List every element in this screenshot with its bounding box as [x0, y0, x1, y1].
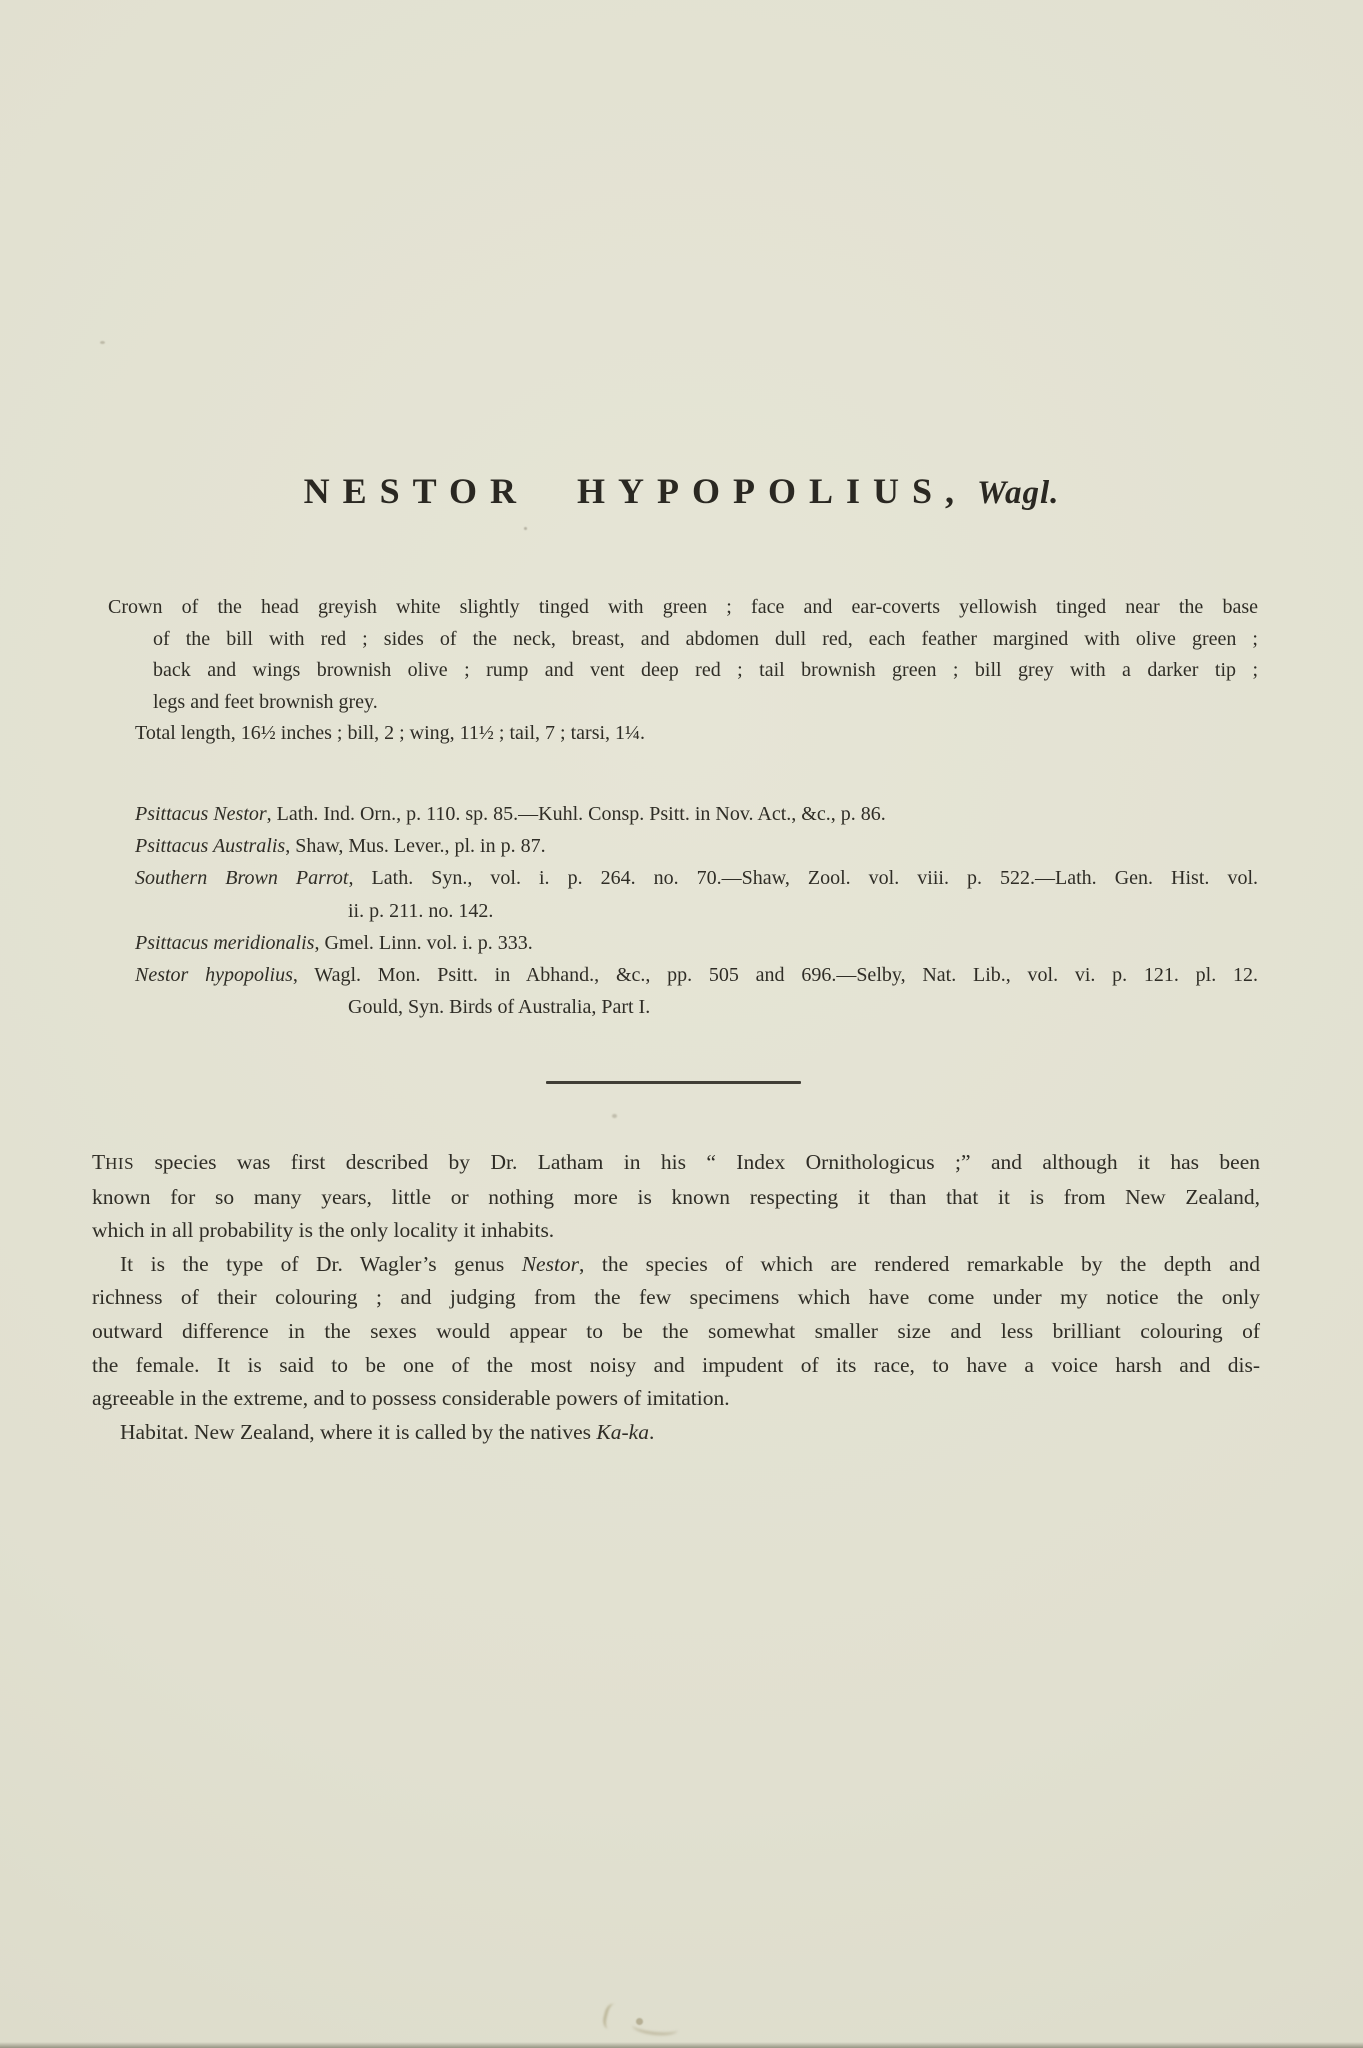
page-stain	[524, 527, 527, 530]
body-line: It is the type of Dr. Wagler’s genus Nes…	[92, 1248, 1260, 1282]
body-text-section: THIS species was first described by Dr. …	[92, 1146, 1260, 1449]
page-bottom-edge-shadow	[0, 2042, 1363, 2048]
page-title: NESTOR HYPOPOLIUS,Wagl.	[0, 470, 1363, 512]
synonymy-entry: Psittacus Australis, Shaw, Mus. Lever., …	[135, 830, 1258, 862]
body-line: outward difference in the sexes would ap…	[92, 1315, 1260, 1349]
diagnosis-line: of the bill with red ; sides of the neck…	[108, 624, 1258, 656]
synonymy-entry: Psittacus Nestor, Lath. Ind. Orn., p. 11…	[135, 798, 1258, 830]
synonymy-entry: Psittacus meridionalis, Gmel. Linn. vol.…	[135, 927, 1258, 959]
page-smudge	[601, 2002, 626, 2032]
body-line: the female. It is said to be one of the …	[92, 1349, 1260, 1383]
diagnosis-line: Crown of the head greyish white slightly…	[108, 592, 1258, 624]
measurements-line: Total length, 16½ inches ; bill, 2 ; win…	[108, 718, 1258, 750]
species-name-heading: NESTOR HYPOPOLIUS,	[304, 471, 967, 511]
synonymy-section: Psittacus Nestor, Lath. Ind. Orn., p. 11…	[135, 798, 1258, 1023]
synonymy-entry-continuation: ii. p. 211. no. 142.	[135, 895, 1258, 927]
body-line: agreeable in the extreme, and to possess…	[92, 1382, 1260, 1416]
body-line: which in all probability is the only loc…	[92, 1214, 1260, 1248]
species-authority: Wagl.	[977, 475, 1059, 511]
section-divider-rule	[546, 1081, 801, 1084]
diagnosis-line: back and wings brownish olive ; rump and…	[108, 655, 1258, 687]
scanned-book-page: NESTOR HYPOPOLIUS,Wagl. Crown of the hea…	[0, 0, 1363, 2048]
synonymy-entry: Nestor hypopolius, Wagl. Mon. Psitt. in …	[135, 959, 1258, 991]
page-smudge	[636, 2018, 643, 2025]
body-line: known for so many years, little or nothi…	[92, 1181, 1260, 1215]
diagnosis-section: Crown of the head greyish white slightly…	[108, 592, 1258, 750]
synonymy-entry-continuation: Gould, Syn. Birds of Australia, Part I.	[135, 991, 1258, 1023]
body-line: THIS species was first described by Dr. …	[92, 1146, 1260, 1181]
habitat-line: Habitat. New Zealand, where it is called…	[92, 1416, 1260, 1450]
diagnosis-line: legs and feet brownish grey.	[108, 687, 1258, 719]
synonymy-entry: Southern Brown Parrot, Lath. Syn., vol. …	[135, 862, 1258, 894]
body-line: richness of their colouring ; and judgin…	[92, 1281, 1260, 1315]
page-stain	[100, 341, 105, 344]
page-stain	[612, 1114, 617, 1118]
